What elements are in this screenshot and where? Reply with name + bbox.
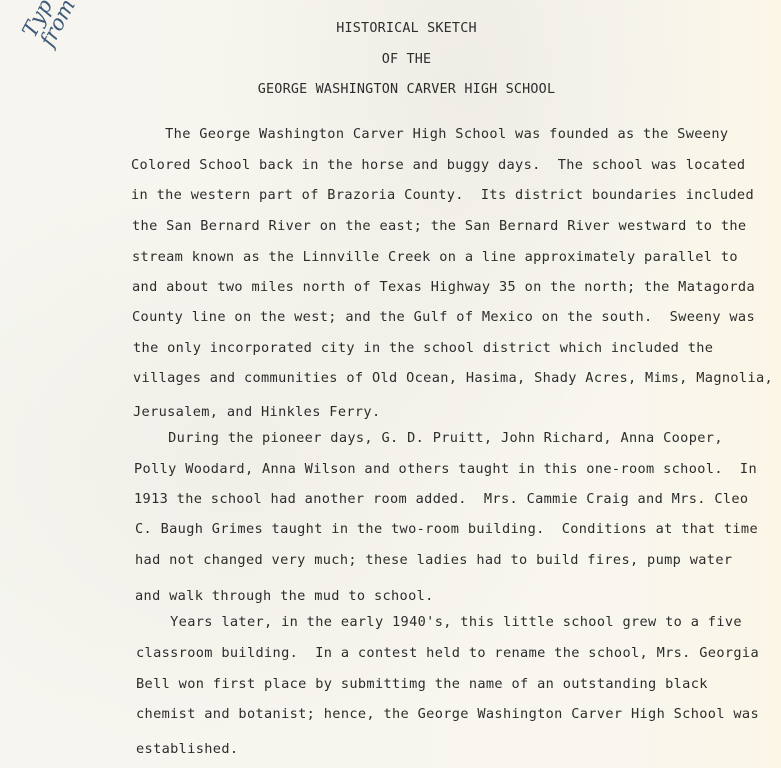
body-line: chemist and botanist; hence, the George … bbox=[136, 706, 759, 722]
body-line: in the western part of Brazoria County. … bbox=[131, 187, 754, 203]
body-line: stream known as the Linnville Creek on a… bbox=[132, 249, 738, 265]
body-line: villages and communities of Old Ocean, H… bbox=[133, 370, 773, 386]
document-title-line-3: GEORGE WASHINGTON CARVER HIGH SCHOOL bbox=[16, 82, 781, 97]
scanned-document-page: Typ from HISTORICAL SKETCH OF THE GEORGE… bbox=[0, 0, 781, 768]
body-line: had not changed very much; these ladies … bbox=[135, 552, 732, 568]
body-line: During the pioneer days, G. D. Pruitt, J… bbox=[134, 430, 723, 446]
body-line: C. Baugh Grimes taught in the two-room b… bbox=[135, 521, 758, 537]
body-line: Jerusalem, and Hinkles Ferry. bbox=[133, 404, 381, 420]
document-title-line-2: OF THE bbox=[16, 52, 781, 67]
body-line: classroom building. In a contest held to… bbox=[136, 645, 759, 661]
body-line: 1913 the school had another room added. … bbox=[134, 491, 748, 507]
document-title-line-1: HISTORICAL SKETCH bbox=[16, 21, 781, 36]
body-line: the only incorporated city in the school… bbox=[133, 340, 713, 356]
body-line: and about two miles north of Texas Highw… bbox=[132, 279, 755, 295]
body-line: The George Washington Carver High School… bbox=[131, 126, 728, 142]
body-line: Years later, in the early 1940's, this l… bbox=[136, 614, 742, 630]
body-line: Polly Woodard, Anna Wilson and others ta… bbox=[134, 461, 757, 477]
body-line: the San Bernard River on the east; the S… bbox=[132, 218, 746, 234]
body-line: Colored School back in the horse and bug… bbox=[131, 157, 745, 173]
body-line: Bell won first place by submittimg the n… bbox=[136, 676, 708, 692]
body-line: County line on the west; and the Gulf of… bbox=[132, 309, 755, 325]
body-line: established. bbox=[136, 741, 238, 757]
body-line: and walk through the mud to school. bbox=[135, 588, 434, 604]
